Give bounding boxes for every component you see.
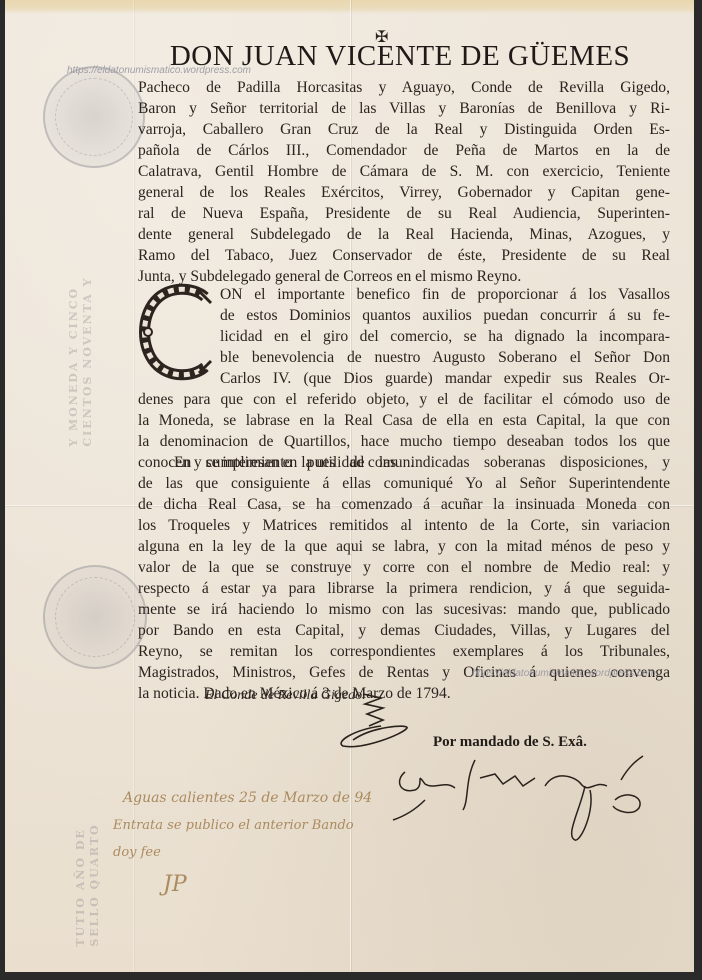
- text-line: mente se irá haciendo lo mismo con las s…: [138, 599, 670, 620]
- watermark-url-bottom: https://eldatonumismatico.wordpress.com: [472, 668, 656, 679]
- manuscript-initials: JP: [163, 872, 187, 897]
- text-line: ON el importante benefico fin de proporc…: [138, 284, 670, 305]
- text-line: denes para que con el referido objeto, y…: [138, 389, 670, 410]
- text-line: los Troqueles y Matrices remitidos al in…: [138, 515, 670, 536]
- stamp-seal-bottom: [43, 565, 147, 669]
- text-line: ble benevolencia de nuestro Augusto Sobe…: [138, 347, 670, 368]
- text-line: general de los Reales Exércitos, Virrey,…: [138, 182, 670, 203]
- text-line: Pacheco de Padilla Horcasitas y Aguayo, …: [138, 77, 670, 98]
- text-line: valor de la que se construye y corre con…: [138, 557, 670, 578]
- by-order-label: Por mandado de S. Exâ.: [433, 734, 587, 751]
- bleed-through-text-top: Y MONEDA Y CINCO CIENTOS NOVENTA Y: [53, 170, 109, 470]
- manuscript-note-line: doy fee: [113, 845, 161, 860]
- text-line: de las que consiguiente á ellas comuniqu…: [138, 473, 670, 494]
- text-line: varroja, Caballero Gran Cruz de la Real …: [138, 119, 670, 140]
- paragraph-1: ON el importante benefico fin de proporc…: [138, 284, 670, 473]
- paragraph-2: En cumplimiento pues de las indicadas so…: [138, 452, 670, 704]
- watermark-url-top: https://eldatonumismatico.wordpress.com: [67, 65, 251, 76]
- secretary-signature-icon: [385, 750, 655, 850]
- bleed-through-text-bottom: TUTIO AÑO DE SELLO QUARTO: [60, 670, 116, 970]
- text-line: En cumplimiento pues de las indicadas so…: [138, 452, 670, 473]
- text-line: alguna en la ley de la que aqui se labra…: [138, 536, 670, 557]
- manuscript-note-line: Entrata se publico el anterior Bando: [113, 818, 354, 833]
- text-line: la denominacion de Quartillos, hace much…: [138, 431, 670, 452]
- titles-block: Pacheco de Padilla Horcasitas y Aguayo, …: [138, 77, 670, 287]
- text-line: Reyno, se remitan los correspondientes e…: [138, 641, 670, 662]
- rubric-flourish-icon: [333, 690, 413, 750]
- text-line: de dicha Real Casa, se ha comenzado á ac…: [138, 494, 670, 515]
- manuscript-note-line: Aguas calientes 25 de Marzo de 94: [123, 790, 372, 806]
- text-line: Baron y Señor territorial de las Villas …: [138, 98, 670, 119]
- document-sheet: Y MONEDA Y CINCO CIENTOS NOVENTA Y TUTIO…: [5, 0, 694, 972]
- stamp-seal-top: [43, 66, 145, 168]
- text-line: dente general Subdelegado de la Real Hac…: [138, 224, 670, 245]
- text-line: por Bando en esta Capital, y demas Ciuda…: [138, 620, 670, 641]
- text-line: de estos Dominios quantos auxilios pueda…: [138, 305, 670, 326]
- text-line: Calatrava, Gentil Hombre de Cámara de S.…: [138, 161, 670, 182]
- text-line: Carlos IV. (que Dios guarde) mandar expe…: [138, 368, 670, 389]
- text-line: ral de Nueva España, Presidente de su Re…: [138, 203, 670, 224]
- text-line: la Moneda, se labrase en la Real Casa de…: [138, 410, 670, 431]
- text-line: respecto á estar ya para librarse la pri…: [138, 578, 670, 599]
- text-line: licidad en el giro del comercio, se ha d…: [138, 326, 670, 347]
- text-line: pañola de Cárlos III., Comendador de Peñ…: [138, 140, 670, 161]
- text-line: Ramo del Tabaco, Juez Conservador de ést…: [138, 245, 670, 266]
